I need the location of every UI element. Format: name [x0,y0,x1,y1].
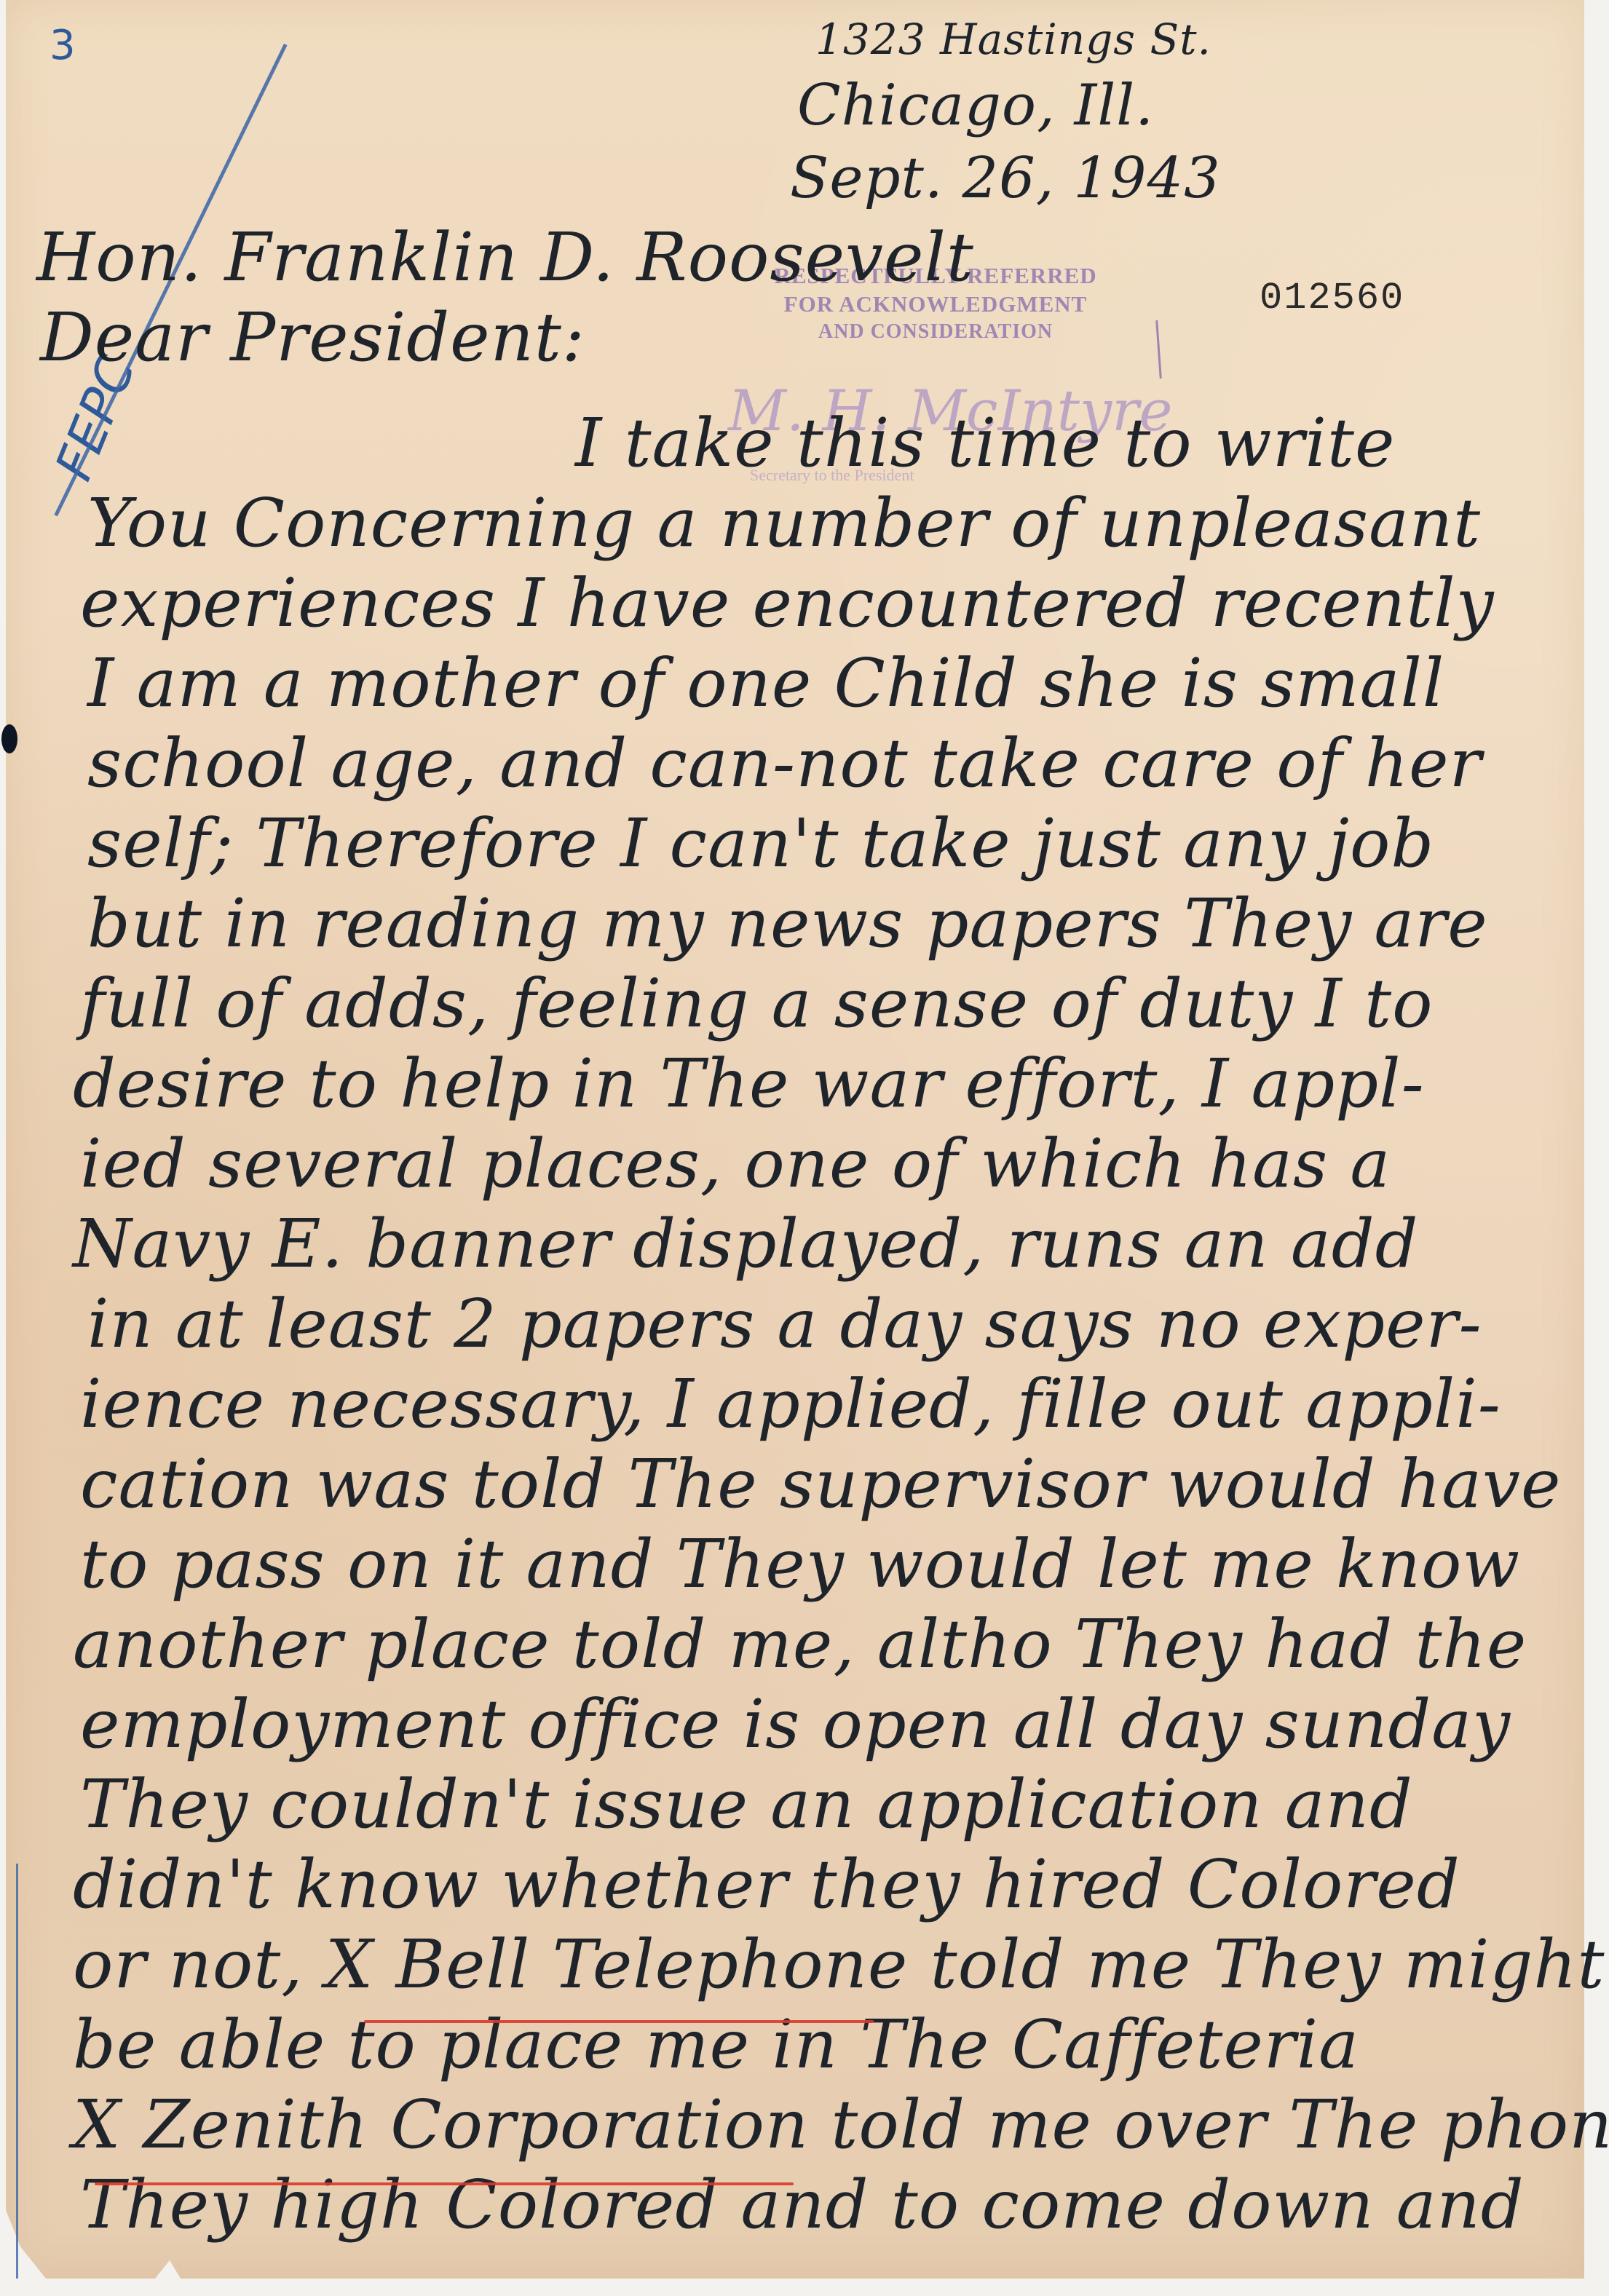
body-line: school age, and can-not take care of her [87,724,1482,802]
body-line: ience necessary, I applied, fille out ap… [80,1365,1501,1443]
addressee: Hon. Franklin D. Roosevelt [36,218,974,296]
body-line: X Zenith Corporation told me over The ph… [73,2086,1609,2164]
pencil-annotation-number: 3 [50,22,76,69]
punch-hole [1,724,17,753]
body-line: Navy E. banner displayed, runs an add [73,1205,1419,1283]
body-line: didn't know whether they hired Colored [73,1845,1460,1923]
body-line: self; Therefore I can't take just any jo… [87,804,1434,882]
body-line: full of adds, feeling a sense of duty I … [80,965,1433,1042]
body-line: to pass on it and They would let me know [80,1525,1520,1603]
body-line: experiences I have encountered recently [80,564,1495,642]
body-line: employment office is open all day sunday [80,1685,1511,1763]
body-line: cation was told The supervisor would hav… [80,1445,1561,1523]
body-line: They couldn't issue an application and [80,1765,1413,1843]
body-line: You Concerning a number of unpleasant [87,484,1481,562]
header-city: Chicago, Ill. [797,73,1154,138]
body-line: I am a mother of one Child she is small [87,644,1444,722]
body-line: but in reading my news papers They are [87,884,1488,962]
body-line: be able to place me in The Caffeteria [73,2006,1359,2083]
body-line: I take this time to write [575,404,1395,482]
stamp-line-3: AND CONSIDERATION [721,319,1150,344]
margin-pencil-line [16,1864,18,2279]
red-underline-bell-telephone [364,2020,874,2023]
red-underline-zenith-corporation [95,2182,794,2185]
body-line: or not, X Bell Telephone told me They mi… [73,1925,1605,2003]
body-line: in at least 2 papers a day says no exper… [87,1285,1482,1363]
header-street: 1323 Hastings St. [815,15,1211,64]
body-line: another place told me, altho They had th… [73,1605,1527,1683]
header-date: Sept. 26, 1943 [790,146,1221,211]
document-number: 012560 [1260,277,1404,320]
salutation: Dear President: [40,298,585,376]
body-line: desire to help in The war effort, I appl… [73,1045,1425,1123]
body-line: They high Colored and to come down and [80,2166,1525,2244]
body-line: ied several places, one of which has a [80,1125,1391,1203]
